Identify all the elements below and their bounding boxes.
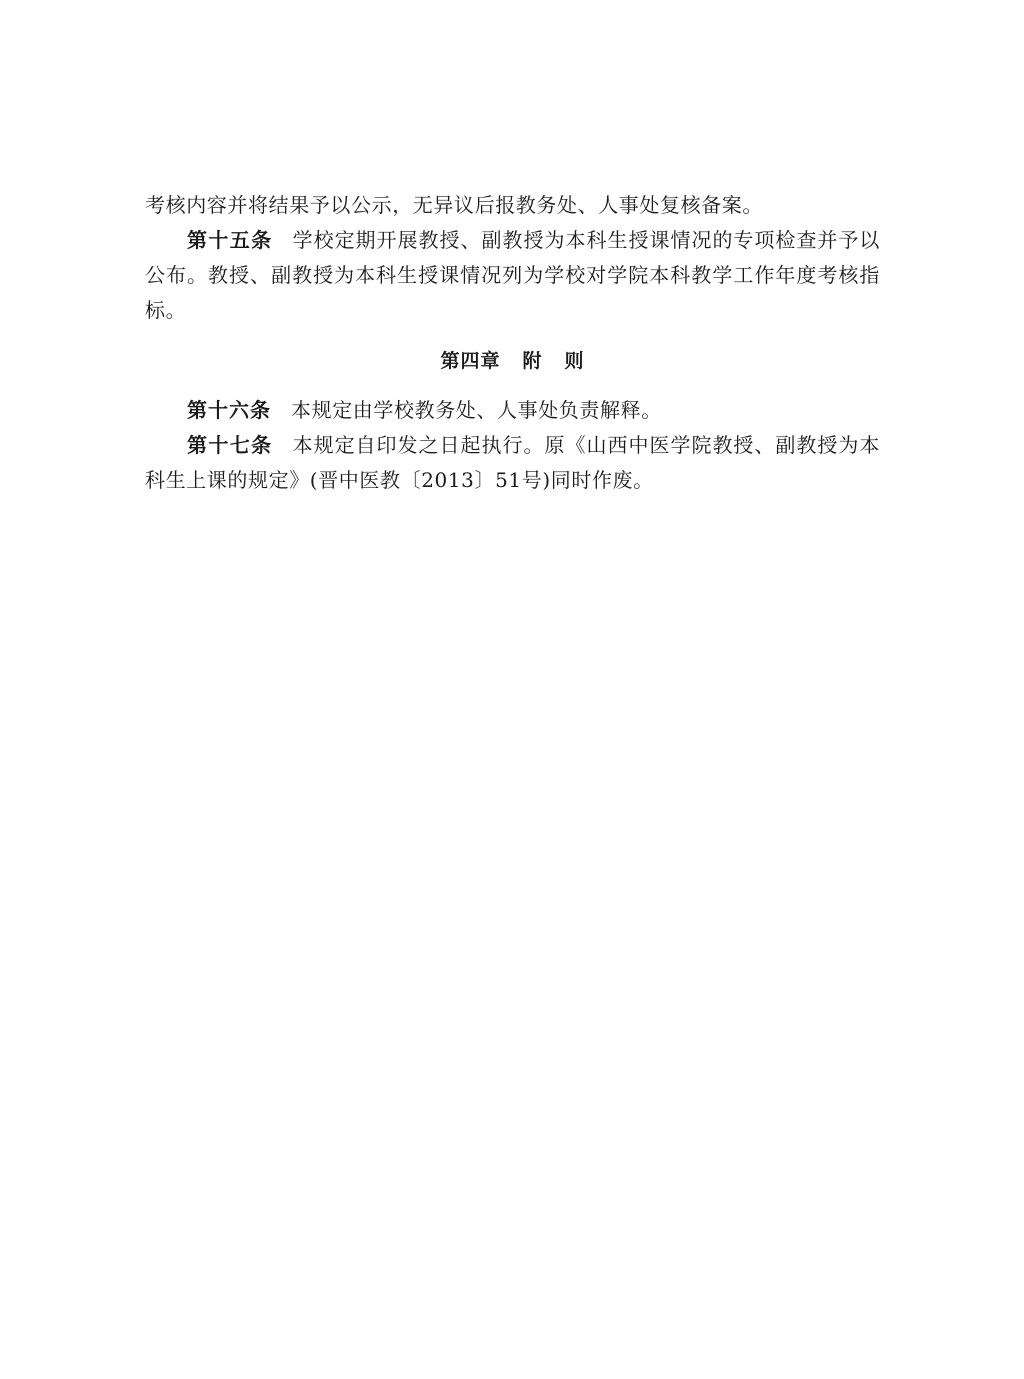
article-17: 第十七条本规定自印发之日起执行。原《山西中医学院教授、副教授为本科生上课的规定》… — [145, 428, 880, 498]
article-16: 第十六条本规定由学校教务处、人事处负责解释。 — [145, 393, 880, 428]
document-page: 考核内容并将结果予以公示，无异议后报教务处、人事处复核备案。 第十五条学校定期开… — [145, 188, 880, 498]
article-label: 第十六条 — [187, 398, 271, 422]
article-label: 第十七条 — [187, 433, 273, 457]
article-15: 第十五条学校定期开展教授、副教授为本科生授课情况的专项检查并予以公布。教授、副教… — [145, 223, 880, 328]
chapter-title-part1: 附 — [522, 350, 542, 372]
paragraph-continuation: 考核内容并将结果予以公示，无异议后报教务处、人事处复核备案。 — [145, 188, 880, 223]
chapter-number: 第四章 — [440, 350, 500, 372]
chapter-title-part2: 则 — [565, 350, 585, 372]
article-label: 第十五条 — [187, 228, 273, 252]
article-text: 本规定由学校教务处、人事处负责解释。 — [291, 398, 662, 422]
chapter-heading: 第四章附则 — [145, 346, 880, 376]
